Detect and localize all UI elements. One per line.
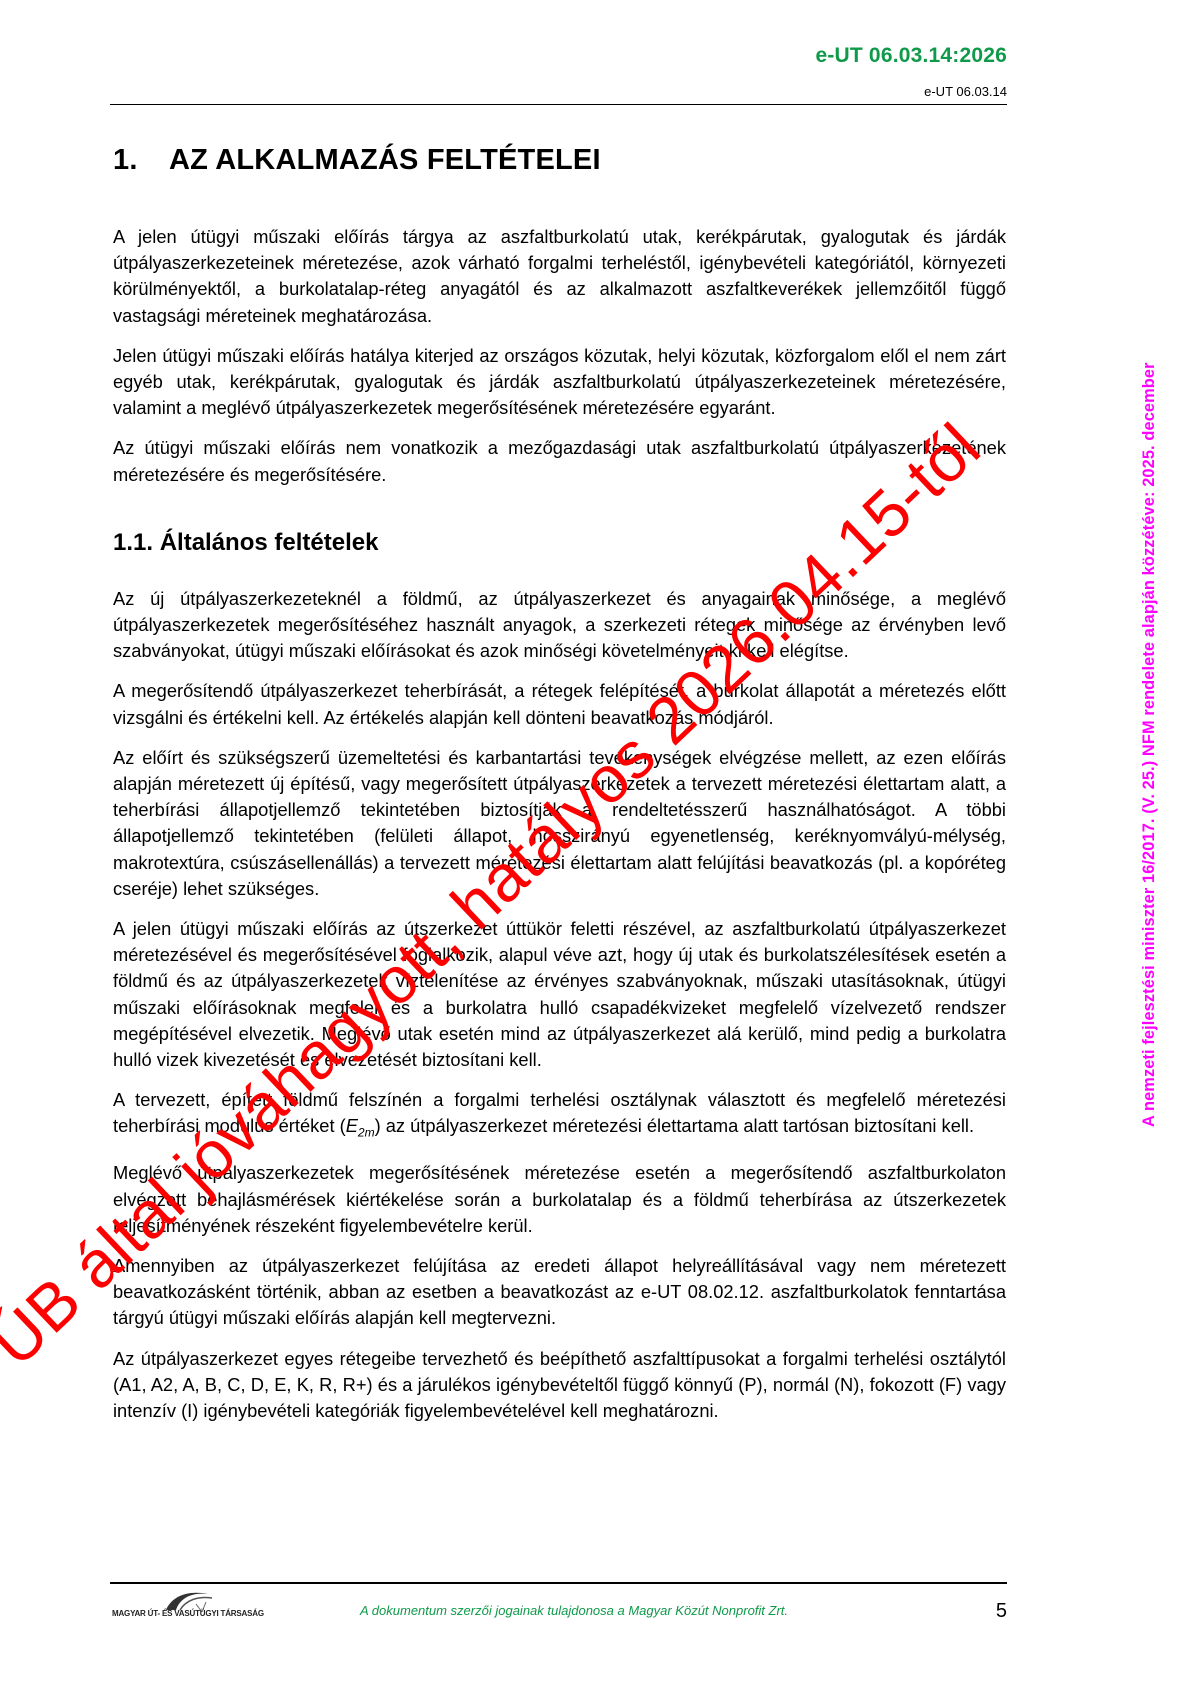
publication-side-note: A nemzeti fejlesztési miniszter 16/2017.… [1140, 362, 1159, 1127]
modulus-symbol: E2m [346, 1115, 375, 1136]
footer-rule [110, 1582, 1007, 1584]
paragraph: A jelen útügyi műszaki előírás tárgya az… [113, 224, 1006, 329]
subsection-title: Általános feltételek [160, 529, 379, 556]
paragraph: Amennyiben az útpályaszerkezet felújítás… [113, 1253, 1006, 1332]
header-document-code-short: e-UT 06.03.14 [924, 84, 1007, 99]
paragraph: Meglévő útpályaszerkezetek megerősítésén… [113, 1160, 1006, 1239]
header-document-code: e-UT 06.03.14:2026 [815, 44, 1007, 68]
section-number: 1. [113, 140, 169, 180]
paragraph: A jelen útügyi műszaki előírás az útszer… [113, 916, 1006, 1073]
page-number: 5 [996, 1600, 1007, 1623]
paragraph: Az útpályaszerkezet egyes rétegeibe terv… [113, 1346, 1006, 1425]
copyright-notice: A dokumentum szerzői jogainak tulajdonos… [360, 1603, 788, 1618]
header-rule [110, 104, 1007, 105]
section-heading: 1.AZ ALKALMAZÁS FELTÉTELEI [113, 140, 1006, 180]
subsection-number: 1.1. [113, 529, 153, 556]
logo-text: MAGYAR ÚT- ÉS VASÚTÜGYI TÁRSASÁG [112, 1609, 264, 1618]
paragraph: Jelen útügyi műszaki előírás hatálya kit… [113, 343, 1006, 422]
paragraph: A megerősítendő útpályaszerkezet teherbí… [113, 678, 1006, 730]
paragraph: Az új útpályaszerkezeteknél a földmű, az… [113, 586, 1006, 665]
society-logo: MAGYAR ÚT- ÉS VASÚTÜGYI TÁRSASÁG [110, 1588, 270, 1632]
section-title: AZ ALKALMAZÁS FELTÉTELEI [169, 144, 601, 176]
